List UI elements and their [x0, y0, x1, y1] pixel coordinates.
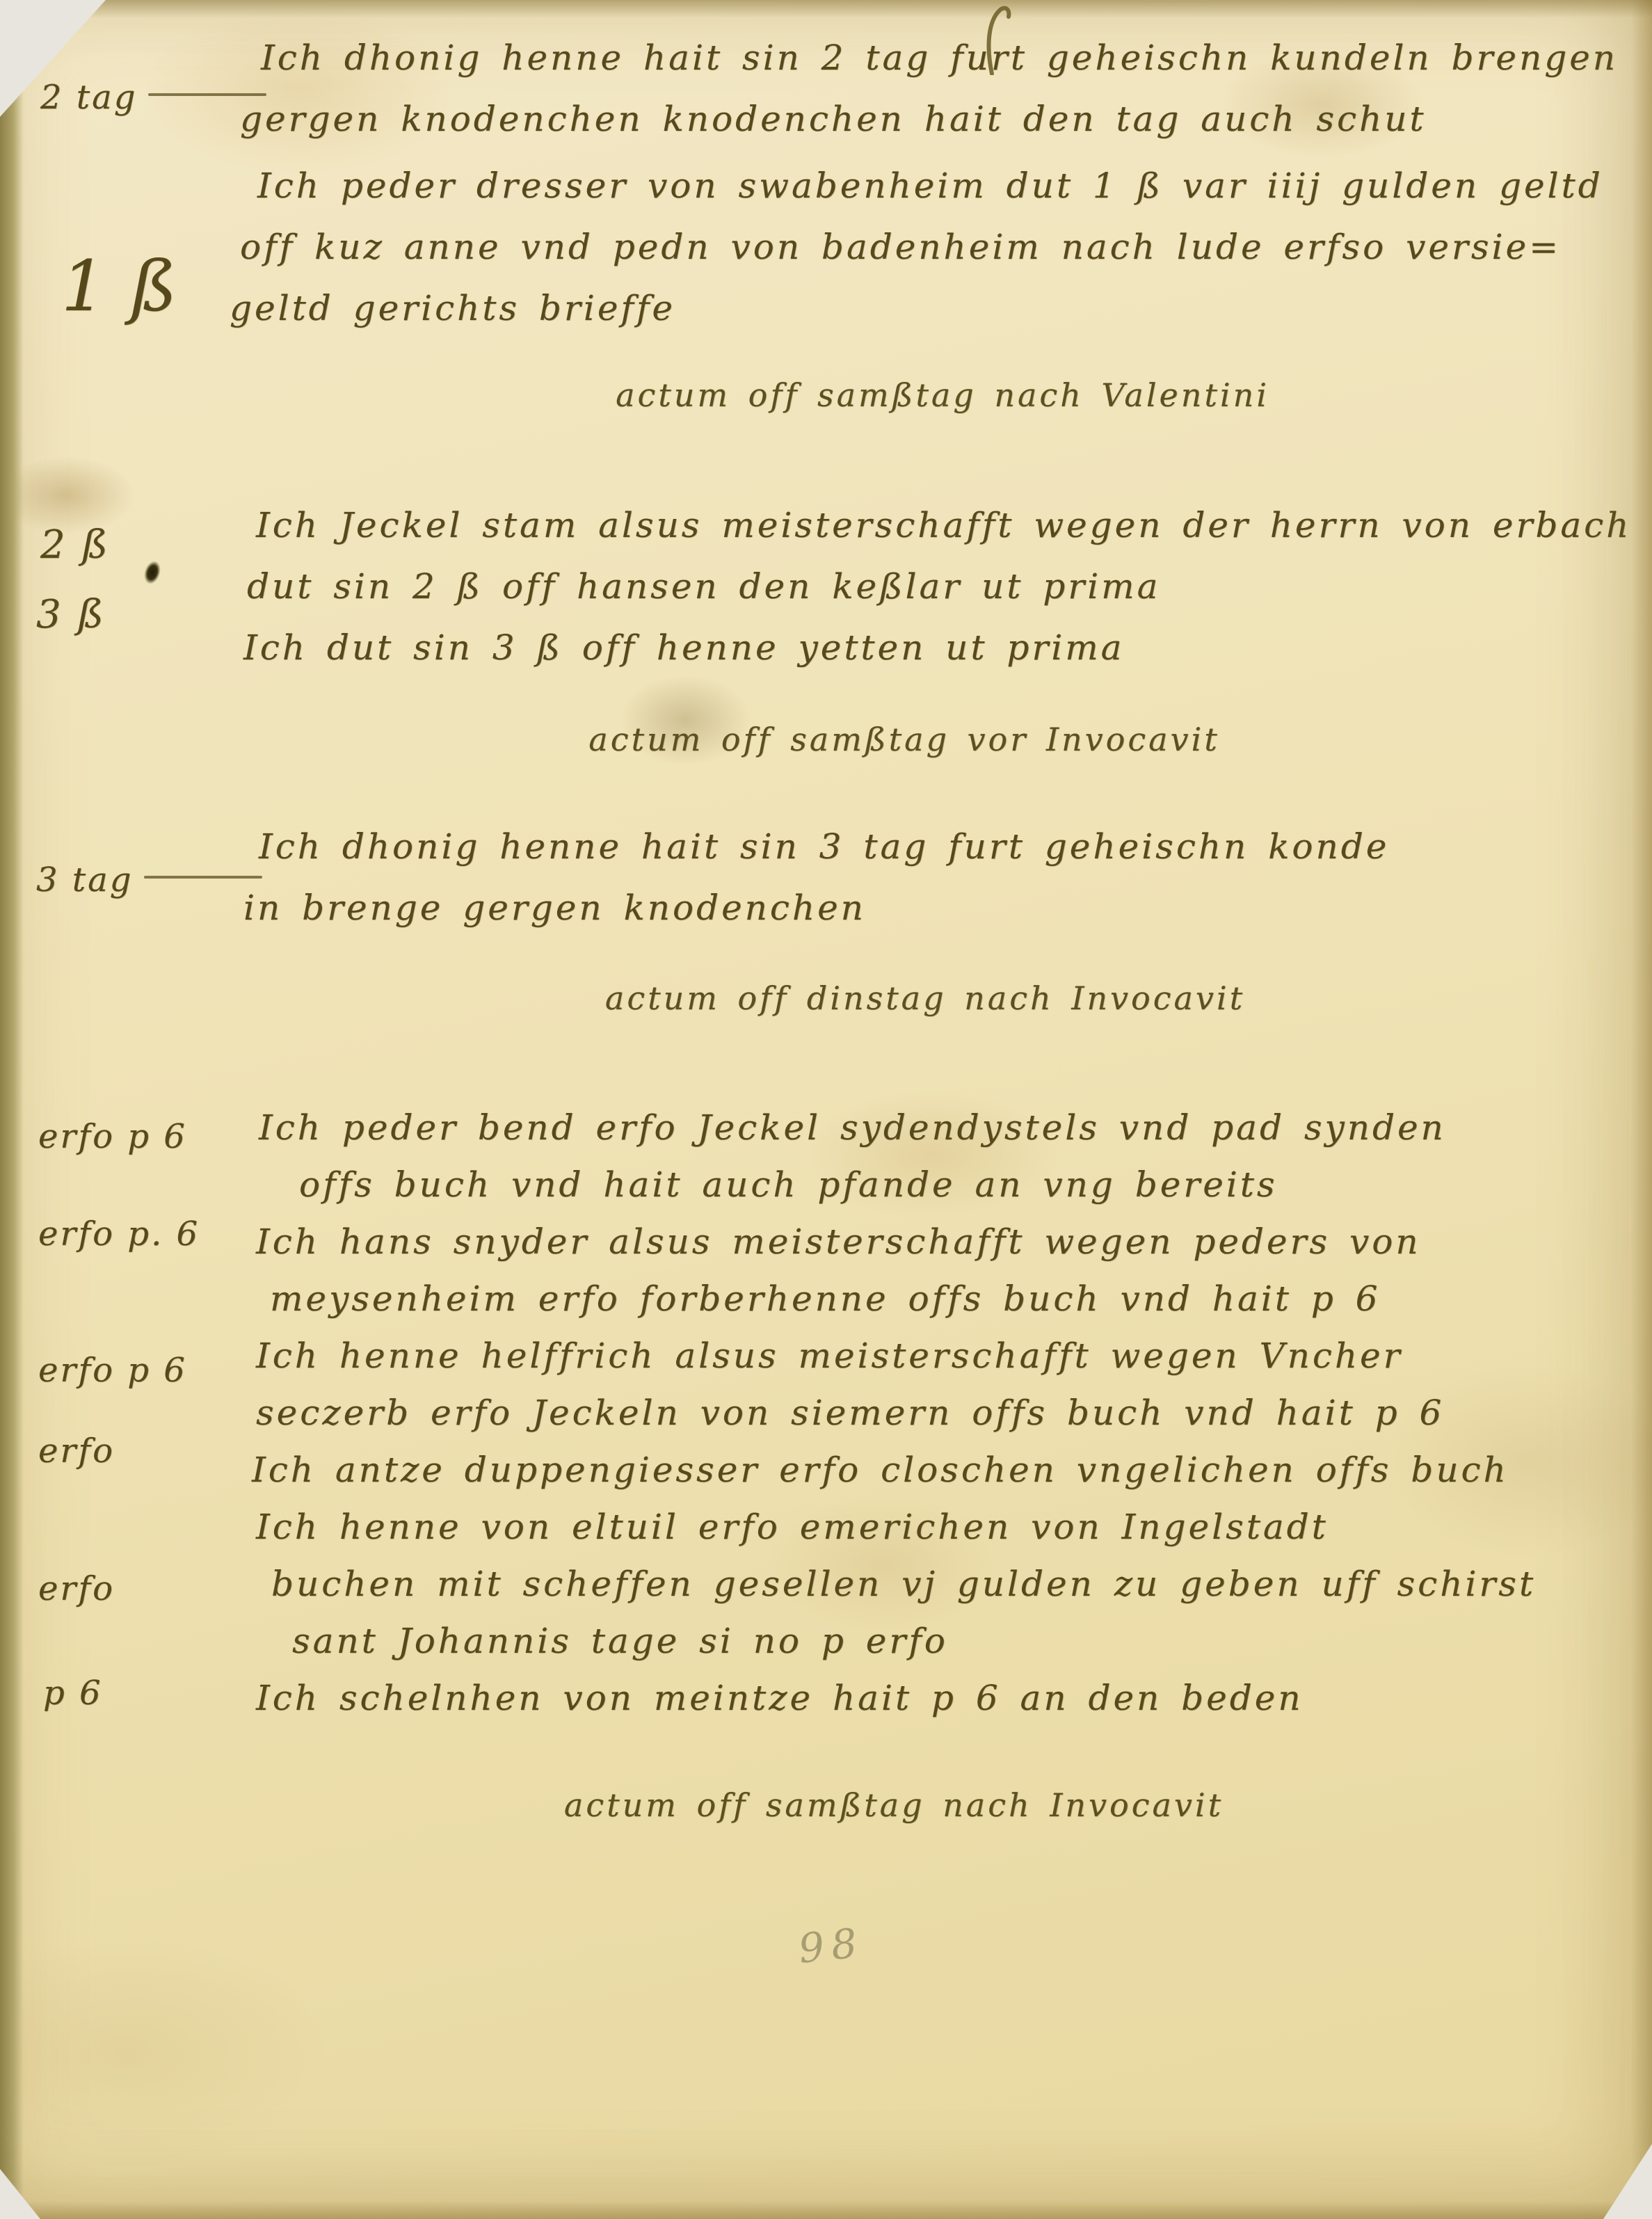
page-vignette	[0, 0, 1652, 2219]
manuscript-page: 2 tagIch dhonig henne hait sin 2 tag fur…	[0, 0, 1652, 2219]
photograph-backdrop: 2 tagIch dhonig henne hait sin 2 tag fur…	[0, 0, 1652, 2219]
